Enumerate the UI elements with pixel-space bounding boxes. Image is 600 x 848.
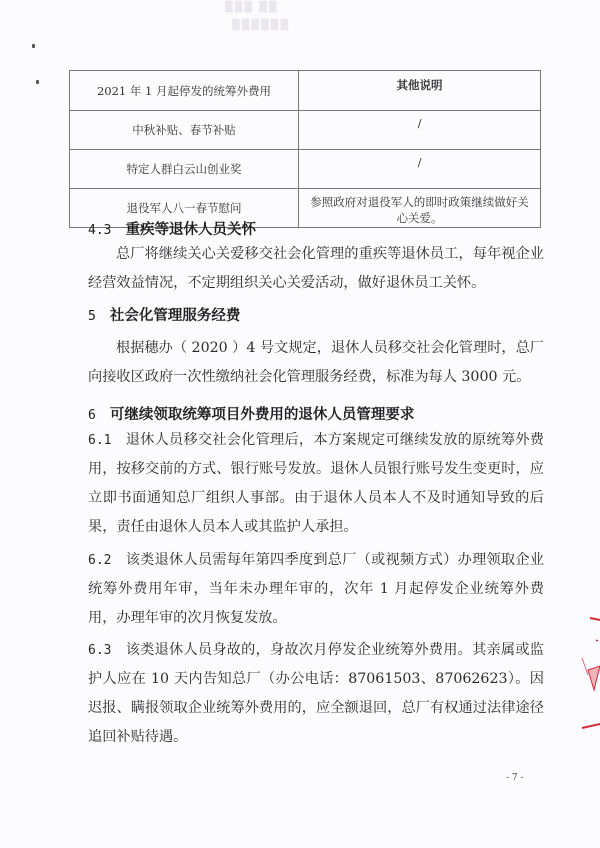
paragraph-text: 该类退休人员身故的，身故次月停发企业统筹外费用。其亲属或监护人应在 10 天内告… [88, 642, 544, 745]
stopped-fees-table: 2021 年 1 月起停发的统筹外费用 其他说明 中秋补贴、春节补贴 / 特定人… [69, 70, 541, 228]
document-page: ▒▒▒ ▒▒ ▒▒▒▒▒▒ 2021 年 1 月起停发的统筹外费用 其他说明 中… [0, 0, 600, 848]
paragraph-5: 根据穗办（ 2020 ）4 号文规定，退休人员移交社会化管理时，总厂向接收区政府… [88, 334, 544, 392]
paragraph-text: 退休人员移交社会化管理后，本方案规定可继续发放的原统筹外费用，按移交前的方式、银… [88, 432, 544, 535]
table-header-stopped-fees: 2021 年 1 月起停发的统筹外费用 [70, 71, 299, 111]
table-header-row: 2021 年 1 月起停发的统筹外费用 其他说明 [70, 71, 541, 111]
section-title: 社会化管理服务经费 [110, 307, 241, 324]
table-cell-note: / [299, 111, 541, 150]
paragraph-6-3: 6.3该类退休人员身故的，身故次月停发企业统筹外费用。其亲属或监护人应在 10 … [88, 636, 544, 752]
table-header-other-notes: 其他说明 [299, 71, 541, 111]
section-number: 6.3 [88, 643, 111, 658]
table-cell-note: / [299, 150, 541, 189]
table-row: 中秋补贴、春节补贴 / [70, 111, 541, 150]
binding-hole-mark [32, 44, 35, 48]
section-number: 5 [88, 309, 96, 324]
table-cell-note: 参照政府对退役军人的即时政策继续做好关心关爱。 [299, 189, 541, 228]
faded-bleedthrough-mark: ▒▒▒▒▒▒ [232, 20, 290, 31]
section-heading-4-3: 4.3重疾等退休人员关怀 [88, 218, 256, 239]
table-row: 特定人群白云山创业奖 / [70, 150, 541, 189]
page-number: - 7 - [506, 773, 524, 783]
paragraph-6-1: 6.1退休人员移交社会化管理后，本方案规定可继续发放的原统筹外费用，按移交前的方… [88, 426, 544, 542]
table-cell-item: 特定人群白云山创业奖 [70, 150, 299, 189]
section-number: 4.3 [88, 223, 111, 238]
section-title: 重疾等退休人员关怀 [125, 221, 256, 238]
paragraph-6-2: 6.2该类退休人员需每年第四季度到总厂（或视频方式）办理领取企业统筹外费用年审，… [88, 546, 544, 633]
red-seal-stamp-fragment [570, 600, 600, 730]
table-cell-item: 中秋补贴、春节补贴 [70, 111, 299, 150]
section-number: 6.2 [88, 553, 111, 568]
section-number: 6 [88, 408, 96, 423]
paragraph-4-3: 总厂将继续关心关爱移交社会化管理的重疾等退休员工，每年视企业经营效益情况，不定期… [88, 240, 544, 298]
paragraph-text: 该类退休人员需每年第四季度到总厂（或视频方式）办理领取企业统筹外费用年审，当年未… [88, 552, 544, 626]
section-heading-5: 5社会化管理服务经费 [88, 304, 240, 325]
section-number: 6.1 [88, 433, 111, 448]
binding-hole-mark [36, 80, 39, 84]
section-heading-6: 6可继续领取统筹项目外费用的退休人员管理要求 [88, 403, 414, 424]
section-title: 可继续领取统筹项目外费用的退休人员管理要求 [110, 406, 415, 423]
faded-bleedthrough-mark: ▒▒▒ ▒▒ [225, 2, 279, 13]
